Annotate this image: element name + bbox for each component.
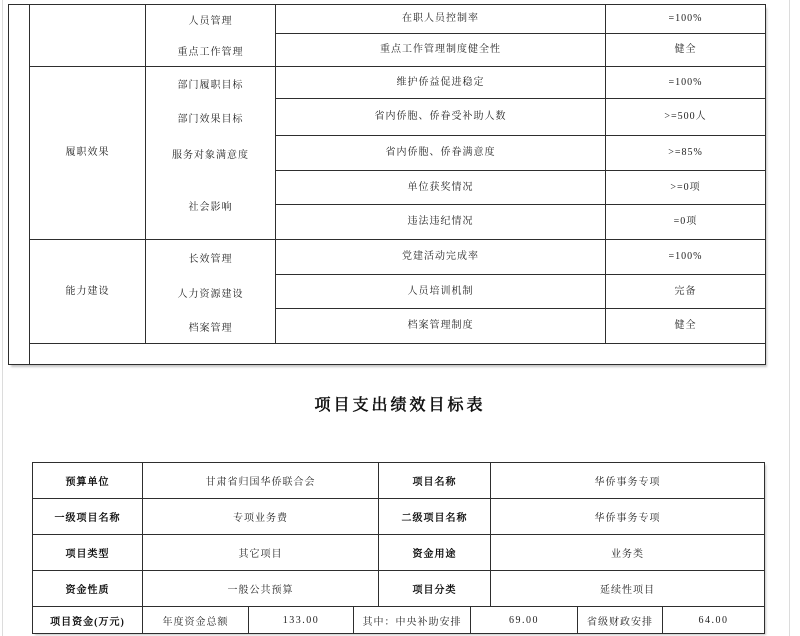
row-label: 预算单位 (33, 463, 143, 498)
indicator-cell: 在职人员控制率 (276, 5, 606, 34)
row-label: 项目分类 (379, 571, 491, 606)
target-cell: =100% (606, 67, 765, 99)
section-performance-effect: 履职效果 部门履职目标 部门效果目标 服务对象满意度 社会影响 维护侨益促进稳定… (30, 67, 765, 240)
table-row: 项目类型 其它项目 资金用途 业务类 (33, 535, 764, 571)
row-value: 华侨事务专项 (491, 463, 764, 498)
page-edge-left (2, 0, 3, 636)
target-cell: 健全 (606, 309, 765, 343)
table-row: 预算单位 甘肃省归国华侨联合会 项目名称 华侨事务专项 (33, 463, 764, 499)
section-capacity-building: 能力建设 长效管理 人力资源建设 档案管理 党建活动完成率 =100% 人员培训… (30, 240, 765, 344)
indicator-cell: 人员培训机制 (276, 275, 606, 309)
row-value: 专项业务费 (143, 499, 379, 534)
section-label-cell: 履职效果 (30, 67, 146, 239)
funds-sublabel: 其中：中央补助安排 (354, 607, 471, 633)
indicator-cell: 重点工作管理制度健全性 (276, 34, 606, 66)
row-value: 业务类 (491, 535, 764, 570)
group-label: 档案管理 (146, 309, 275, 343)
row-label: 资金性质 (33, 571, 143, 606)
row-value: 其它项目 (143, 535, 379, 570)
row-label: 一级项目名称 (33, 499, 143, 534)
group-label: 重点工作管理 (146, 34, 275, 66)
target-cell: =100% (606, 240, 765, 275)
section-label-cell: 能力建设 (30, 240, 146, 343)
row-value: 甘肃省归国华侨联合会 (143, 463, 379, 498)
group-label: 人员管理 (146, 5, 275, 34)
left-gutter-cell (9, 5, 30, 364)
funds-sublabel: 省级财政安排 (578, 607, 663, 633)
funds-row: 项目资金(万元) 年度资金总额 133.00 其中：中央补助安排 69.00 省… (33, 607, 764, 633)
dept-performance-table: 人员管理 重点工作管理 在职人员控制率 =100% 重点工作管理制度健全性 健全… (8, 4, 766, 365)
row-label: 项目名称 (379, 463, 491, 498)
row-label: 资金用途 (379, 535, 491, 570)
indicator-cell: 维护侨益促进稳定 (276, 67, 606, 99)
target-cell: =100% (606, 5, 765, 34)
target-cell: >=0项 (606, 171, 765, 205)
row-value: 一般公共预算 (143, 571, 379, 606)
funds-value: 64.00 (663, 607, 764, 633)
dept-table-body: 人员管理 重点工作管理 在职人员控制率 =100% 重点工作管理制度健全性 健全… (30, 5, 765, 364)
project-table-title: 项目支出绩效目标表 (0, 392, 800, 415)
group-label: 服务对象满意度 (146, 136, 275, 171)
funds-sublabel: 年度资金总额 (143, 607, 249, 633)
empty-footer-row (30, 344, 765, 364)
target-cell: =0项 (606, 205, 765, 239)
group-label: 社会影响 (146, 171, 275, 239)
indicator-cell: 违法违纪情况 (276, 205, 606, 239)
page-edge-right (789, 0, 790, 636)
funds-value: 69.00 (471, 607, 578, 633)
indicator-cell: 单位获奖情况 (276, 171, 606, 205)
row-value: 延续性项目 (491, 571, 764, 606)
group-label: 人力资源建设 (146, 275, 275, 309)
row-value: 华侨事务专项 (491, 499, 764, 534)
table-row: 资金性质 一般公共预算 项目分类 延续性项目 (33, 571, 764, 607)
group-label-column: 人员管理 重点工作管理 (146, 5, 276, 66)
indicator-cell: 档案管理制度 (276, 309, 606, 343)
group-label: 长效管理 (146, 240, 275, 275)
group-label-column: 长效管理 人力资源建设 档案管理 (146, 240, 276, 343)
indicator-cell: 省内侨胞、侨眷满意度 (276, 136, 606, 171)
project-performance-table: 预算单位 甘肃省归国华侨联合会 项目名称 华侨事务专项 一级项目名称 专项业务费… (32, 462, 765, 634)
target-cell: 完备 (606, 275, 765, 309)
group-label: 部门履职目标 (146, 67, 275, 99)
indicator-cell: 党建活动完成率 (276, 240, 606, 275)
section-label-cell (30, 5, 146, 66)
group-label: 部门效果目标 (146, 99, 275, 136)
row-label: 二级项目名称 (379, 499, 491, 534)
target-cell: >=500人 (606, 99, 765, 136)
row-label: 项目类型 (33, 535, 143, 570)
funds-value: 133.00 (249, 607, 354, 633)
table-row: 一级项目名称 专项业务费 二级项目名称 华侨事务专项 (33, 499, 764, 535)
group-label-column: 部门履职目标 部门效果目标 服务对象满意度 社会影响 (146, 67, 276, 239)
target-cell: >=85% (606, 136, 765, 171)
funds-row-label: 项目资金(万元) (33, 607, 143, 633)
section-management: 人员管理 重点工作管理 在职人员控制率 =100% 重点工作管理制度健全性 健全 (30, 5, 765, 67)
target-cell: 健全 (606, 34, 765, 66)
indicator-cell: 省内侨胞、侨眷受补助人数 (276, 99, 606, 136)
